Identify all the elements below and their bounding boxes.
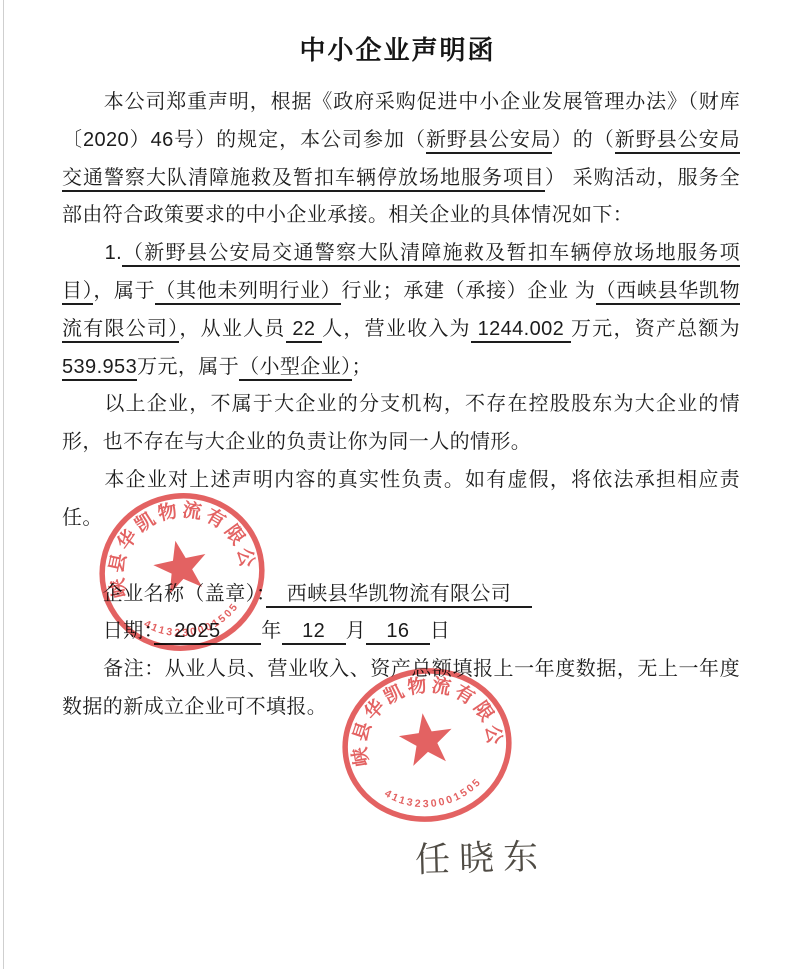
declaration-document-page: 中小企业声明函 本公司郑重声明，根据《政府采购促进中小企业发展管理办法》（财库〔… (0, 0, 795, 969)
text-segment: 人，营业收入为 (322, 318, 471, 340)
text-segment: ，从业人员 (179, 318, 285, 340)
text-segment: 行业；承建（承接）企业 为 (341, 280, 595, 302)
remarks-paragraph: 备注：从业人员、营业收入、资产总额填报上一年度数据，无上一年度数据的新成立企业可… (62, 651, 740, 727)
text-segment: 日 (430, 620, 450, 642)
text-segment: 年 (261, 620, 281, 642)
text-segment: 备注：从业人员、营业收入、资产总额填报上一年度数据，无上一年度数据的新成立企业可… (62, 658, 740, 718)
text-segment: 以上企业，不属于大企业的分支机构，不存在控股股东为大企业的情形，也不存在与大企业… (62, 393, 740, 453)
filled-blank: 2025 (154, 620, 261, 645)
date-line: 日期： 2025 年 12 月 16 日 (62, 613, 740, 651)
text-segment: 万元，属于 (137, 356, 239, 378)
text-segment: ； (352, 356, 372, 378)
text-segment: ）的（ (552, 129, 615, 151)
signature-handwriting: 任晓东 (414, 829, 547, 882)
filled-blank: 22 (286, 318, 323, 343)
text-segment: ，属于 (93, 280, 155, 302)
affiliation-paragraph: 以上企业，不属于大企业的分支机构，不存在控股股东为大企业的情形，也不存在与大企业… (62, 386, 740, 462)
document-title: 中小企业声明函 (0, 30, 795, 67)
filled-blank: （小型企业） (239, 356, 351, 381)
enterprise-details-paragraph: 1.（新野县公安局交通警察大队清障施救及暂扣车辆停放场地服务项目），属于（其他未… (62, 235, 740, 386)
text-segment: 万元，资产总额为 (571, 318, 740, 340)
filled-blank: 1244.002 (471, 318, 571, 343)
filled-blank: 539.953 (62, 356, 137, 381)
text-segment: 1. (62, 242, 122, 264)
text-segment: 本企业对上述声明内容的真实性负责。如有虚假，将依法承担相应责任。 (62, 469, 740, 529)
filled-blank: （其他未列明行业） (155, 280, 341, 305)
responsibility-paragraph: 本企业对上述声明内容的真实性负责。如有虚假，将依法承担相应责任。 (62, 462, 740, 538)
scan-edge-artifact (3, 0, 4, 969)
declaration-paragraph: 本公司郑重声明，根据《政府采购促进中小企业发展管理办法》（财库〔2020）46号… (62, 84, 740, 235)
text-segment: 日期： (62, 620, 154, 642)
document-body: 本公司郑重声明，根据《政府采购促进中小企业发展管理办法》（财库〔2020）46号… (62, 84, 740, 727)
company-name-line: 企业名称（盖章）： 西峡县华凯物流有限公司 (62, 576, 740, 614)
filled-blank: 12 (282, 620, 346, 645)
filled-blank: 16 (366, 620, 430, 645)
seal-serial-number: 4113230001505 (381, 774, 487, 816)
text-segment: 月 (346, 620, 366, 642)
filled-blank: 西峡县华凯物流有限公司 (266, 583, 531, 608)
text-segment: 企业名称（盖章）： (62, 583, 266, 605)
filled-blank: 新野县公安局 (426, 129, 552, 154)
